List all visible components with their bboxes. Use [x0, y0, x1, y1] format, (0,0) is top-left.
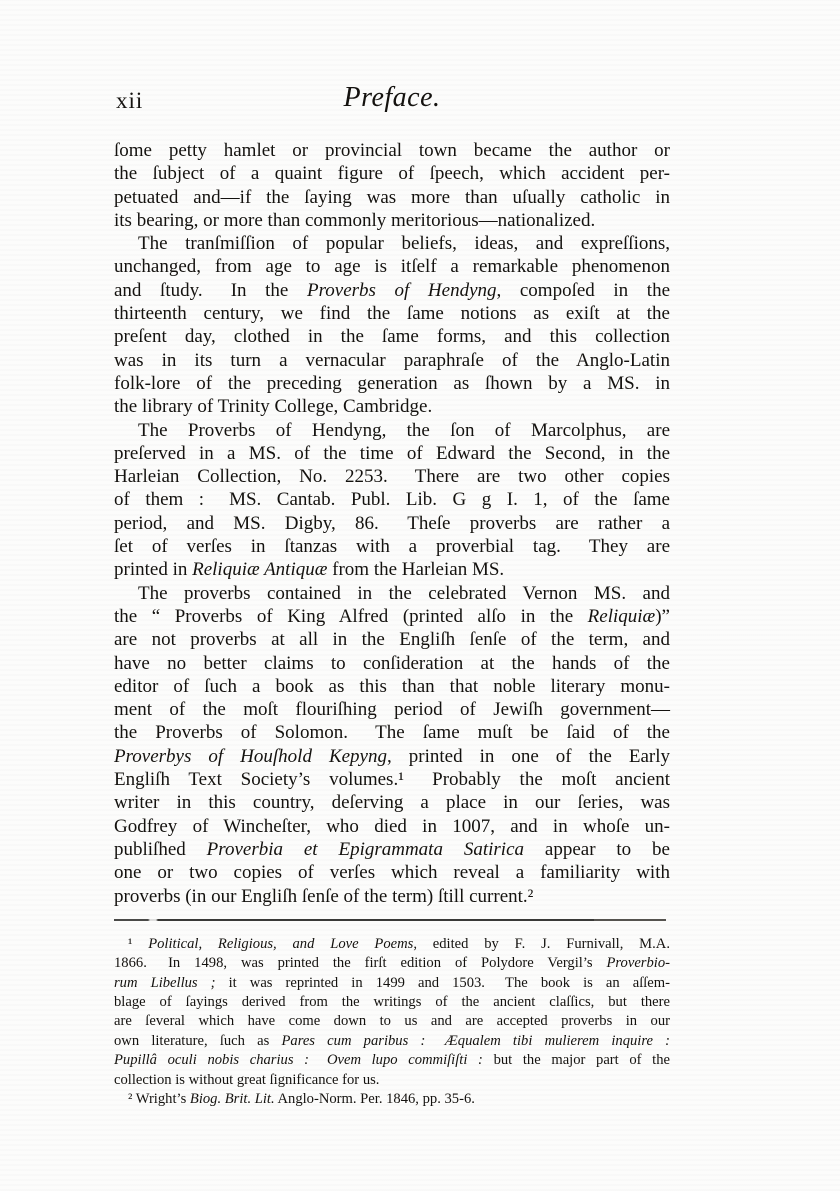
italic-text-run: rum Libellus ;: [114, 975, 216, 991]
text-run: )”: [655, 606, 670, 627]
italic-text-run: Biog. Brit. Lit.: [190, 1091, 275, 1107]
footnote-line: 1866. In 1498, was printed the firſt edi…: [114, 954, 670, 973]
text-line: its bearing, or more than commonly merit…: [114, 209, 670, 232]
text-run: from the Harleian MS.: [327, 559, 504, 580]
text-run: of them : MS. Cantab. Publ. Lib. G g I. …: [114, 489, 670, 510]
footnote-separator: [114, 919, 666, 921]
italic-text-run: Proverbia et Epigrammata Satirica: [207, 839, 524, 860]
text-column: xii Preface. ſome petty hamlet or provin…: [114, 82, 670, 1109]
text-run: The tranſmiſſion of popular beliefs, ide…: [138, 233, 670, 254]
paragraph: ¹ Political, Religious, and Love Poems, …: [114, 935, 670, 1090]
text-run: 1866. In 1498, was printed the firſt edi…: [114, 955, 607, 971]
text-line: and ſtudy. In the Proverbs of Hendyng, c…: [114, 279, 670, 302]
text-run: period, and MS. Digby, 86. Theſe proverb…: [114, 513, 670, 534]
text-line: the Proverbs of Solomon. The ſame muſt b…: [114, 721, 670, 744]
text-line: The Proverbs of Hendyng, the ſon of Marc…: [114, 419, 670, 442]
text-line: Harleian Collection, No. 2253. There are…: [114, 465, 670, 488]
page-header: xii Preface.: [114, 82, 670, 116]
paragraph: ² Wright’s Biog. Brit. Lit. Anglo-Norm. …: [114, 1090, 670, 1109]
text-run: blage of ſayings derived from the writin…: [114, 994, 670, 1010]
text-line: thirteenth century, we find the ſame not…: [114, 302, 670, 325]
text-run: but the major part of the: [483, 1052, 670, 1068]
text-run: are not proverbs at all in the Engliſh ſ…: [114, 629, 670, 650]
footnote-line: are ſeveral which have come down to us a…: [114, 1012, 670, 1031]
text-run: writer in this country, deſerving a plac…: [114, 792, 670, 813]
scanned-book-page: xii Preface. ſome petty hamlet or provin…: [0, 0, 840, 1191]
text-run: Harleian Collection, No. 2253. There are…: [114, 466, 670, 487]
text-line: the “ Proverbs of King Alfred (printed a…: [114, 605, 670, 628]
text-run: one or two copies of verſes which reveal…: [114, 862, 670, 883]
text-run: preſent day, clothed in the ſame forms, …: [114, 326, 670, 347]
text-run: The proverbs contained in the celebrated…: [138, 583, 670, 604]
text-line: the library of Trinity College, Cambridg…: [114, 395, 670, 418]
footnote-line: Pupillâ oculi nobis charius : Ovem lupo …: [114, 1051, 670, 1070]
text-line: printed in Reliquiæ Antiquæ from the Har…: [114, 558, 670, 581]
italic-text-run: Reliquiæ: [588, 606, 656, 627]
text-run: the library of Trinity College, Cambridg…: [114, 396, 432, 417]
text-run: ment of the moſt flouriſhing period of J…: [114, 699, 670, 720]
text-line: publiſhed Proverbia et Epigrammata Satir…: [114, 838, 670, 861]
text-line: The proverbs contained in the celebrated…: [114, 582, 670, 605]
text-line: petuated and—if the ſaying was more than…: [114, 186, 670, 209]
italic-text-run: Political, Religious, and Love Poems: [148, 936, 413, 952]
text-run: and ſtudy. In the: [114, 280, 307, 301]
text-line: preſerved in a MS. of the time of Edward…: [114, 442, 670, 465]
page-title: Preface.: [114, 82, 670, 114]
text-run: have no better claims to conſideration a…: [114, 653, 670, 674]
text-line: proverbs (in our Engliſh ſenſe of the te…: [114, 885, 670, 908]
footnote-line: ¹ Political, Religious, and Love Poems, …: [114, 935, 670, 954]
text-line: one or two copies of verſes which reveal…: [114, 861, 670, 884]
text-line: are not proverbs at all in the Engliſh ſ…: [114, 628, 670, 651]
italic-text-run: Pupillâ oculi nobis charius : Ovem lupo …: [114, 1052, 483, 1068]
text-run: The Proverbs of Hendyng, the ſon of Marc…: [138, 420, 670, 441]
text-line: writer in this country, deſerving a plac…: [114, 791, 670, 814]
text-run: preſerved in a MS. of the time of Edward…: [114, 443, 670, 464]
text-line: unchanged, from age to age is itſelf a r…: [114, 255, 670, 278]
text-run: printed in: [114, 559, 192, 580]
text-run: publiſhed: [114, 839, 207, 860]
text-line: period, and MS. Digby, 86. Theſe proverb…: [114, 512, 670, 535]
text-run: petuated and—if the ſaying was more than…: [114, 187, 670, 208]
footnote-line: collection is without great ſignificance…: [114, 1071, 670, 1090]
text-line: the ſubject of a quaint figure of ſpeech…: [114, 162, 670, 185]
text-run: ſet of verſes in ſtanzas with a proverbi…: [114, 536, 670, 557]
text-run: Godfrey of Wincheſter, who died in 1007,…: [114, 816, 670, 837]
text-line: ſet of verſes in ſtanzas with a proverbi…: [114, 535, 670, 558]
text-line: have no better claims to conſideration a…: [114, 652, 670, 675]
text-line: folk-lore of the preceding generation as…: [114, 372, 670, 395]
text-run: own literature, ſuch as: [114, 1033, 281, 1049]
paragraph: The Proverbs of Hendyng, the ſon of Marc…: [114, 419, 670, 582]
text-run: Anglo-Norm. Per. 1846, pp. 35-6.: [275, 1091, 475, 1107]
paragraph: ſome petty hamlet or provincial town bec…: [114, 139, 670, 232]
text-run: it was reprinted in 1499 and 1503. The b…: [216, 975, 670, 991]
footnote-line: ² Wright’s Biog. Brit. Lit. Anglo-Norm. …: [114, 1090, 670, 1109]
text-line: Engliſh Text Society’s volumes.¹ Probabl…: [114, 768, 670, 791]
text-run: , compoſed in the: [497, 280, 670, 301]
text-line: ſome petty hamlet or provincial town bec…: [114, 139, 670, 162]
italic-text-run: Reliquiæ Antiquæ: [192, 559, 327, 580]
footnote-line: blage of ſayings derived from the writin…: [114, 993, 670, 1012]
text-run: appear to be: [524, 839, 670, 860]
text-line: preſent day, clothed in the ſame forms, …: [114, 325, 670, 348]
text-line: Proverbys of Houſhold Kepyng, printed in…: [114, 745, 670, 768]
text-run: Engliſh Text Society’s volumes.¹ Probabl…: [114, 769, 670, 790]
paragraph: The proverbs contained in the celebrated…: [114, 582, 670, 908]
text-line: Godfrey of Wincheſter, who died in 1007,…: [114, 815, 670, 838]
text-run: , edited by F. J. Furnivall, M.A.: [413, 936, 670, 952]
footnote-line: rum Libellus ; it was reprinted in 1499 …: [114, 974, 670, 993]
text-run: was in its turn a vernacular paraphraſe …: [114, 350, 670, 371]
text-line: editor of ſuch a book as this than that …: [114, 675, 670, 698]
text-run: proverbs (in our Engliſh ſenſe of the te…: [114, 886, 533, 907]
body-text: ſome petty hamlet or provincial town bec…: [114, 139, 670, 908]
text-run: collection is without great ſignificance…: [114, 1072, 379, 1088]
text-run: , printed in one of the Early: [387, 746, 670, 767]
footnotes: ¹ Political, Religious, and Love Poems, …: [114, 935, 670, 1110]
text-run: ¹: [128, 936, 148, 952]
paragraph: The tranſmiſſion of popular beliefs, ide…: [114, 232, 670, 418]
text-run: ² Wright’s: [128, 1091, 190, 1107]
text-run: unchanged, from age to age is itſelf a r…: [114, 256, 670, 277]
italic-text-run: Pares cum paribus : Æqualem tibi muliere…: [281, 1033, 670, 1049]
text-run: the “ Proverbs of King Alfred (printed a…: [114, 606, 588, 627]
italic-text-run: Proverbio-: [607, 955, 671, 971]
text-run: are ſeveral which have come down to us a…: [114, 1013, 670, 1029]
text-line: ment of the moſt flouriſhing period of J…: [114, 698, 670, 721]
text-run: the ſubject of a quaint figure of ſpeech…: [114, 163, 670, 184]
text-run: the Proverbs of Solomon. The ſame muſt b…: [114, 722, 670, 743]
text-run: thirteenth century, we find the ſame not…: [114, 303, 670, 324]
text-run: its bearing, or more than commonly merit…: [114, 210, 595, 231]
footnote-line: own literature, ſuch as Pares cum paribu…: [114, 1032, 670, 1051]
text-run: editor of ſuch a book as this than that …: [114, 676, 670, 697]
italic-text-run: Proverbs of Hendyng: [307, 280, 497, 301]
text-run: folk-lore of the preceding generation as…: [114, 373, 670, 394]
text-run: ſome petty hamlet or provincial town bec…: [114, 140, 670, 161]
italic-text-run: Proverbys of Houſhold Kepyng: [114, 746, 387, 767]
text-line: was in its turn a vernacular paraphraſe …: [114, 349, 670, 372]
text-line: The tranſmiſſion of popular beliefs, ide…: [114, 232, 670, 255]
text-line: of them : MS. Cantab. Publ. Lib. G g I. …: [114, 488, 670, 511]
